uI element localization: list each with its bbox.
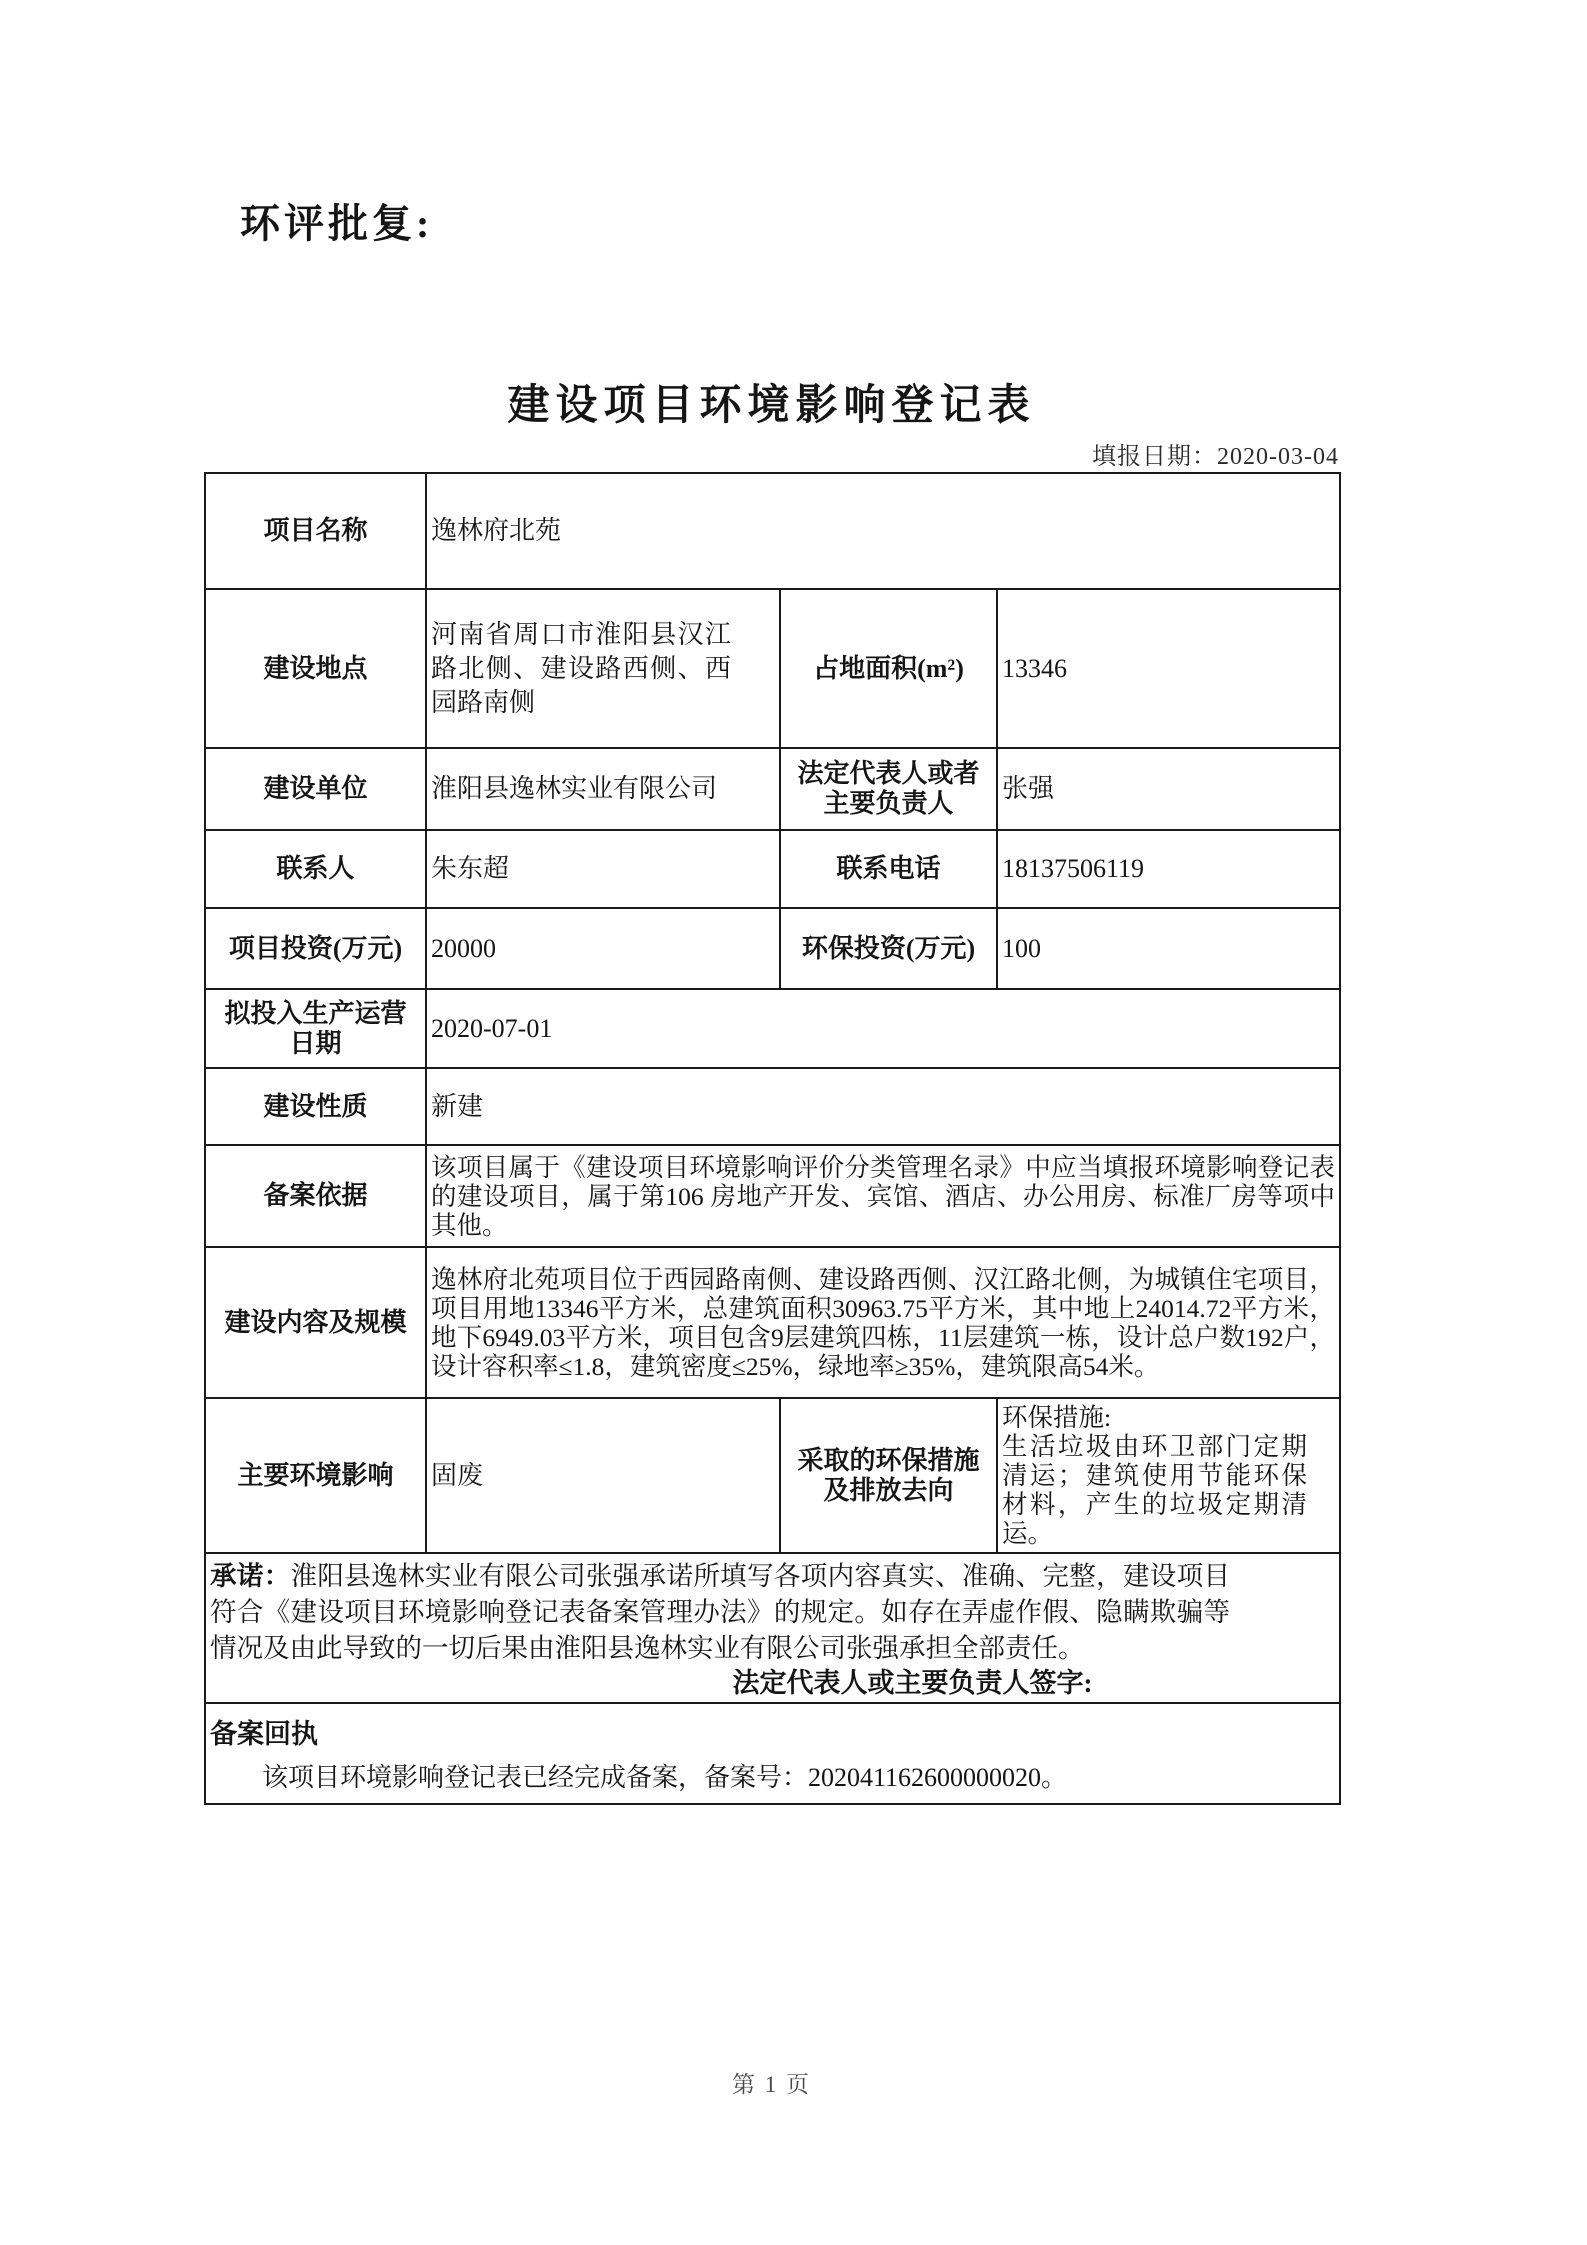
row-investment: 项目投资(万元) 20000 环保投资(万元) 100 bbox=[205, 908, 1340, 989]
phone-label: 联系电话 bbox=[780, 830, 997, 908]
receipt-cell: 备案回执 该项目环境影响登记表已经完成备案，备案号：20204116260000… bbox=[205, 1703, 1340, 1804]
investment-value: 20000 bbox=[426, 908, 780, 989]
project-name-value: 逸林府北苑 bbox=[426, 473, 1340, 589]
contact-value: 朱东超 bbox=[426, 830, 780, 908]
legal-rep-label-text: 法定代表人或者主要负责人 bbox=[791, 759, 986, 819]
env-impact-value: 固废 bbox=[426, 1398, 780, 1553]
commitment-prefix: 承诺： bbox=[210, 1561, 291, 1591]
commitment-paragraph: 承诺：淮阳县逸林实业有限公司张强承诺所填写各项内容真实、准确、完整，建设项目符合… bbox=[210, 1558, 1230, 1666]
scale-value: 逸林府北苑项目位于西园路南侧、建设路西侧、汉江路北侧，为城镇住宅项目，项目用地1… bbox=[426, 1247, 1340, 1398]
review-approval-heading: 环评批复: bbox=[240, 192, 433, 249]
row-scale: 建设内容及规模 逸林府北苑项目位于西园路南侧、建设路西侧、汉江路北侧，为城镇住宅… bbox=[205, 1247, 1340, 1398]
operation-date-label: 拟投入生产运营日期 bbox=[205, 989, 426, 1068]
row-env-impact: 主要环境影响 固废 采取的环保措施及排放去向 环保措施: 生活垃圾由环卫部门定期… bbox=[205, 1398, 1340, 1553]
company-label: 建设单位 bbox=[205, 748, 426, 830]
document-page: 环评批复: 建设项目环境影响登记表 填报日期：2020-03-04 项目名称 逸… bbox=[0, 0, 1587, 2245]
area-label: 占地面积(m²) bbox=[780, 589, 997, 748]
env-impact-label: 主要环境影响 bbox=[205, 1398, 426, 1553]
contact-label: 联系人 bbox=[205, 830, 426, 908]
commitment-cell: 承诺：淮阳县逸林实业有限公司张强承诺所填写各项内容真实、准确、完整，建设项目符合… bbox=[205, 1553, 1340, 1703]
scale-text: 逸林府北苑项目位于西园路南侧、建设路西侧、汉江路北侧，为城镇住宅项目，项目用地1… bbox=[431, 1265, 1335, 1381]
receipt-title: 备案回执 bbox=[210, 1719, 1335, 1749]
env-investment-value: 100 bbox=[997, 908, 1340, 989]
company-value: 淮阳县逸林实业有限公司 bbox=[426, 748, 780, 830]
form-title: 建设项目环境影响登记表 bbox=[204, 372, 1339, 432]
area-value: 13346 bbox=[997, 589, 1340, 748]
env-measures-text: 环保措施: 生活垃圾由环卫部门定期清运；建筑使用节能环保材料，产生的垃圾定期清运… bbox=[1002, 1403, 1307, 1548]
signature-label: 法定代表人或主要负责人签字: bbox=[210, 1668, 1335, 1698]
filing-basis-label: 备案依据 bbox=[205, 1145, 426, 1247]
fill-date: 填报日期：2020-03-04 bbox=[204, 436, 1339, 471]
operation-date-label-text: 拟投入生产运营日期 bbox=[218, 999, 413, 1059]
env-measures-label-text: 采取的环保措施及排放去向 bbox=[791, 1446, 986, 1506]
row-commitment: 承诺：淮阳县逸林实业有限公司张强承诺所填写各项内容真实、准确、完整，建设项目符合… bbox=[205, 1553, 1340, 1703]
phone-value: 18137506119 bbox=[997, 830, 1340, 908]
nature-value: 新建 bbox=[426, 1068, 1340, 1145]
location-label: 建设地点 bbox=[205, 589, 426, 748]
row-receipt: 备案回执 该项目环境影响登记表已经完成备案，备案号：20204116260000… bbox=[205, 1703, 1340, 1804]
commitment-text: 淮阳县逸林实业有限公司张强承诺所填写各项内容真实、准确、完整，建设项目符合《建设… bbox=[210, 1561, 1230, 1663]
scale-label: 建设内容及规模 bbox=[205, 1247, 426, 1398]
legal-rep-value: 张强 bbox=[997, 748, 1340, 830]
project-name-label: 项目名称 bbox=[205, 473, 426, 589]
env-measures-label: 采取的环保措施及排放去向 bbox=[780, 1398, 997, 1553]
row-filing-basis: 备案依据 该项目属于《建设项目环境影响评价分类管理名录》中应当填报环境影响登记表… bbox=[205, 1145, 1340, 1247]
investment-label: 项目投资(万元) bbox=[205, 908, 426, 989]
receipt-text: 该项目环境影响登记表已经完成备案，备案号：202041162600000020。 bbox=[210, 1763, 1335, 1793]
location-value: 河南省周口市淮阳县汉江路北侧、建设路西侧、西园路南侧 bbox=[426, 589, 780, 748]
row-operation-date: 拟投入生产运营日期 2020-07-01 bbox=[205, 989, 1340, 1068]
filing-basis-value: 该项目属于《建设项目环境影响评价分类管理名录》中应当填报环境影响登记表的建设项目… bbox=[426, 1145, 1340, 1247]
env-measures-value: 环保措施: 生活垃圾由环卫部门定期清运；建筑使用节能环保材料，产生的垃圾定期清运… bbox=[997, 1398, 1340, 1553]
location-text: 河南省周口市淮阳县汉江路北侧、建设路西侧、西园路南侧 bbox=[431, 618, 731, 720]
registration-form-table: 项目名称 逸林府北苑 建设地点 河南省周口市淮阳县汉江路北侧、建设路西侧、西园路… bbox=[204, 472, 1341, 1805]
legal-rep-label: 法定代表人或者主要负责人 bbox=[780, 748, 997, 830]
operation-date-value: 2020-07-01 bbox=[426, 989, 1340, 1068]
page-number: 第 1 页 bbox=[204, 2066, 1339, 2099]
row-project-name: 项目名称 逸林府北苑 bbox=[205, 473, 1340, 589]
row-location: 建设地点 河南省周口市淮阳县汉江路北侧、建设路西侧、西园路南侧 占地面积(m²)… bbox=[205, 589, 1340, 748]
row-nature: 建设性质 新建 bbox=[205, 1068, 1340, 1145]
env-investment-label: 环保投资(万元) bbox=[780, 908, 997, 989]
nature-label: 建设性质 bbox=[205, 1068, 426, 1145]
row-company: 建设单位 淮阳县逸林实业有限公司 法定代表人或者主要负责人 张强 bbox=[205, 748, 1340, 830]
filing-basis-text: 该项目属于《建设项目环境影响评价分类管理名录》中应当填报环境影响登记表的建设项目… bbox=[431, 1153, 1335, 1240]
row-contact: 联系人 朱东超 联系电话 18137506119 bbox=[205, 830, 1340, 908]
